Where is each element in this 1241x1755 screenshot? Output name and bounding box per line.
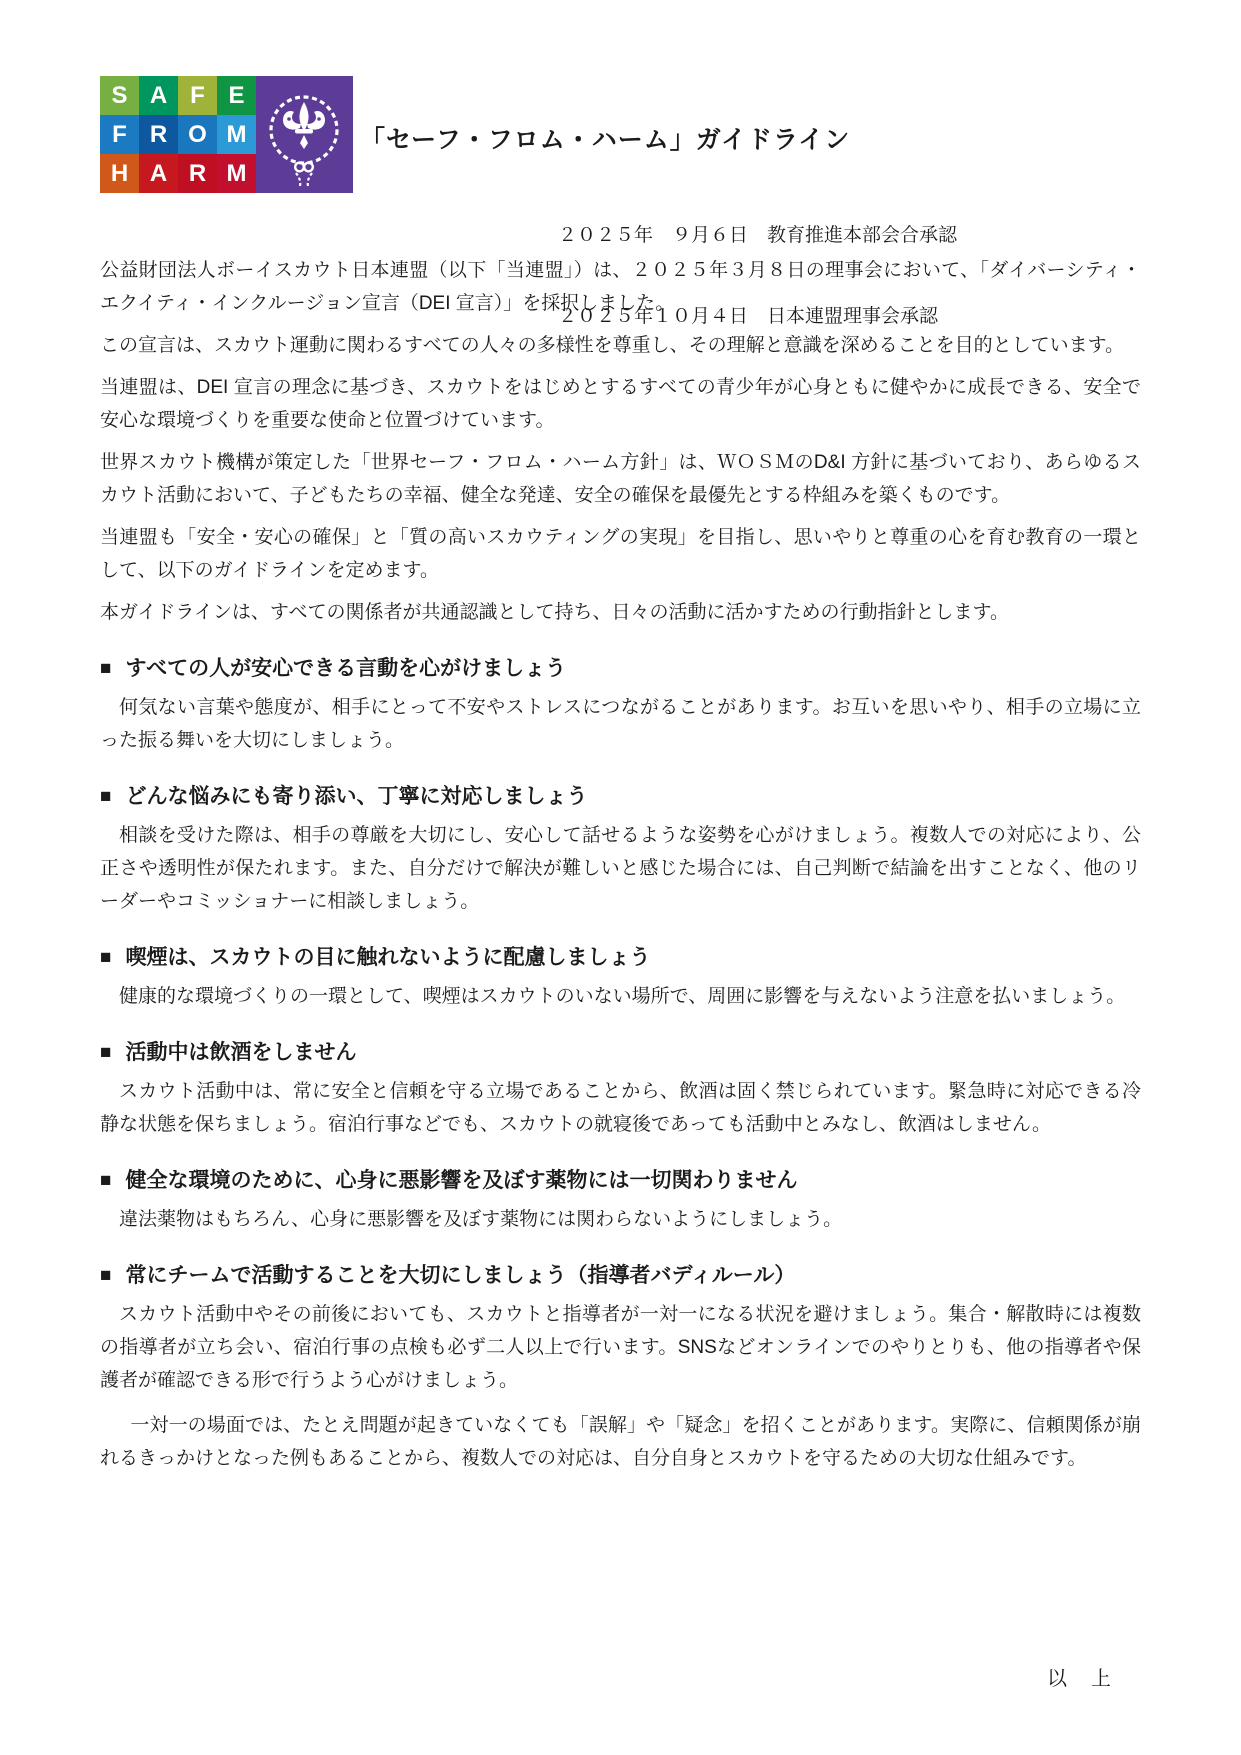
logo-tile: H bbox=[100, 154, 139, 193]
section-paragraph: スカウト活動中は、常に安全と信頼を守る立場であることから、飲酒は固く禁じられてい… bbox=[100, 1075, 1141, 1141]
logo-tile: S bbox=[100, 76, 139, 115]
section-heading-text: 常にチームで活動することを大切にしましょう（指導者バディルール） bbox=[125, 1260, 795, 1292]
intro-paragraph: 公益財団法人ボーイスカウト日本連盟（以下「当連盟」）は、２０２５年３月８日の理事… bbox=[100, 254, 1141, 320]
intro-paragraph: 世界スカウト機構が策定した「世界セーフ・フロム・ハーム方針」は、ＷＯＳＭのD&I… bbox=[100, 446, 1141, 512]
logo-tile: A bbox=[139, 154, 178, 193]
section-heading-text: どんな悩みにも寄り添い、丁寧に対応しましょう bbox=[125, 781, 587, 813]
section-heading: ■ どんな悩みにも寄り添い、丁寧に対応しましょう bbox=[100, 781, 1141, 813]
logo-tile: F bbox=[100, 115, 139, 154]
section-paragraph: スカウト活動中やその前後においても、スカウトと指導者が一対一になる状況を避けまし… bbox=[100, 1298, 1141, 1397]
section-bullet-icon: ■ bbox=[100, 781, 111, 813]
logo-tile: R bbox=[139, 115, 178, 154]
intro-paragraph: 当連盟も「安全・安心の確保」と「質の高いスカウティングの実現」を目指し、思いやり… bbox=[100, 521, 1141, 587]
section-bullet-icon: ■ bbox=[100, 1165, 111, 1197]
logo-tile: A bbox=[139, 76, 178, 115]
section-heading: ■ 喫煙は、スカウトの目に触れないように配慮しましょう bbox=[100, 942, 1141, 974]
scout-emblem-panel bbox=[256, 76, 353, 193]
section-bullet-icon: ■ bbox=[100, 1260, 111, 1292]
section-heading-text: すべての人が安心できる言動を心がけましょう bbox=[125, 653, 566, 685]
section-heading: ■ 活動中は飲酒をしません bbox=[100, 1037, 1141, 1069]
intro-paragraph: 当連盟は、DEI 宣言の理念に基づき、スカウトをはじめとするすべての青少年が心身… bbox=[100, 371, 1141, 437]
section-bullet-icon: ■ bbox=[100, 653, 111, 685]
logo-tile: F bbox=[178, 76, 217, 115]
approval-line: ２０２５年 ９月６日 教育推進本部会合承認 bbox=[558, 222, 957, 249]
scout-fleur-de-lis-icon bbox=[256, 76, 353, 193]
section-paragraph: 相談を受けた際は、相手の尊厳を大切にし、安心して話せるような姿勢を心がけましょう… bbox=[100, 819, 1141, 918]
logo-letter-grid: S A F E F R O M H A R M bbox=[100, 76, 256, 193]
logo-tile: E bbox=[217, 76, 256, 115]
section-heading-text: 喫煙は、スカウトの目に触れないように配慮しましょう bbox=[125, 942, 650, 974]
guideline-section: ■ 常にチームで活動することを大切にしましょう（指導者バディルール） スカウト活… bbox=[100, 1260, 1141, 1475]
guideline-section: ■ 喫煙は、スカウトの目に触れないように配慮しましょう 健康的な環境づくりの一環… bbox=[100, 942, 1141, 1013]
intro-paragraph: 本ガイドラインは、すべての関係者が共通認識として持ち、日々の活動に活かすための行… bbox=[100, 596, 1141, 629]
section-heading-text: 活動中は飲酒をしません bbox=[125, 1037, 356, 1069]
guideline-section: ■ 活動中は飲酒をしません スカウト活動中は、常に安全と信頼を守る立場であること… bbox=[100, 1037, 1141, 1141]
logo-tile: R bbox=[178, 154, 217, 193]
guideline-section: ■ どんな悩みにも寄り添い、丁寧に対応しましょう 相談を受けた際は、相手の尊厳を… bbox=[100, 781, 1141, 918]
document-page: S A F E F R O M H A R M bbox=[0, 0, 1241, 1755]
logo-tile: O bbox=[178, 115, 217, 154]
guideline-section: ■ 健全な環境のために、心身に悪影響を及ぼす薬物には一切関わりません 違法薬物は… bbox=[100, 1165, 1141, 1236]
guideline-section: ■ すべての人が安心できる言動を心がけましょう 何気ない言葉や態度が、相手にとっ… bbox=[100, 653, 1141, 757]
section-paragraph: 一対一の場面では、たとえ問題が起きていなくても「誤解」や「疑念」を招くことがあり… bbox=[100, 1409, 1141, 1475]
intro-paragraph: この宣言は、スカウト運動に関わるすべての人々の多様性を尊重し、その理解と意識を深… bbox=[100, 329, 1141, 362]
section-bullet-icon: ■ bbox=[100, 1037, 111, 1069]
closing-mark: 以 上 bbox=[1047, 1662, 1113, 1691]
document-body: 公益財団法人ボーイスカウト日本連盟（以下「当連盟」）は、２０２５年３月８日の理事… bbox=[100, 254, 1141, 1487]
section-paragraph: 何気ない言葉や態度が、相手にとって不安やストレスにつながることがあります。お互い… bbox=[100, 691, 1141, 757]
section-paragraph: 健康的な環境づくりの一環として、喫煙はスカウトのいない場所で、周囲に影響を与えな… bbox=[100, 980, 1141, 1013]
page-title: 「セーフ・フロム・ハーム」ガイドライン bbox=[360, 120, 850, 156]
section-heading: ■ 常にチームで活動することを大切にしましょう（指導者バディルール） bbox=[100, 1260, 1141, 1292]
section-heading: ■ すべての人が安心できる言動を心がけましょう bbox=[100, 653, 1141, 685]
safe-from-harm-logo: S A F E F R O M H A R M bbox=[100, 76, 353, 193]
logo-tile: M bbox=[217, 115, 256, 154]
logo-tile: M bbox=[217, 154, 256, 193]
section-bullet-icon: ■ bbox=[100, 942, 111, 974]
section-heading: ■ 健全な環境のために、心身に悪影響を及ぼす薬物には一切関わりません bbox=[100, 1165, 1141, 1197]
section-paragraph: 違法薬物はもちろん、心身に悪影響を及ぼす薬物には関わらないようにしましょう。 bbox=[100, 1203, 1141, 1236]
section-heading-text: 健全な環境のために、心身に悪影響を及ぼす薬物には一切関わりません bbox=[125, 1165, 797, 1197]
